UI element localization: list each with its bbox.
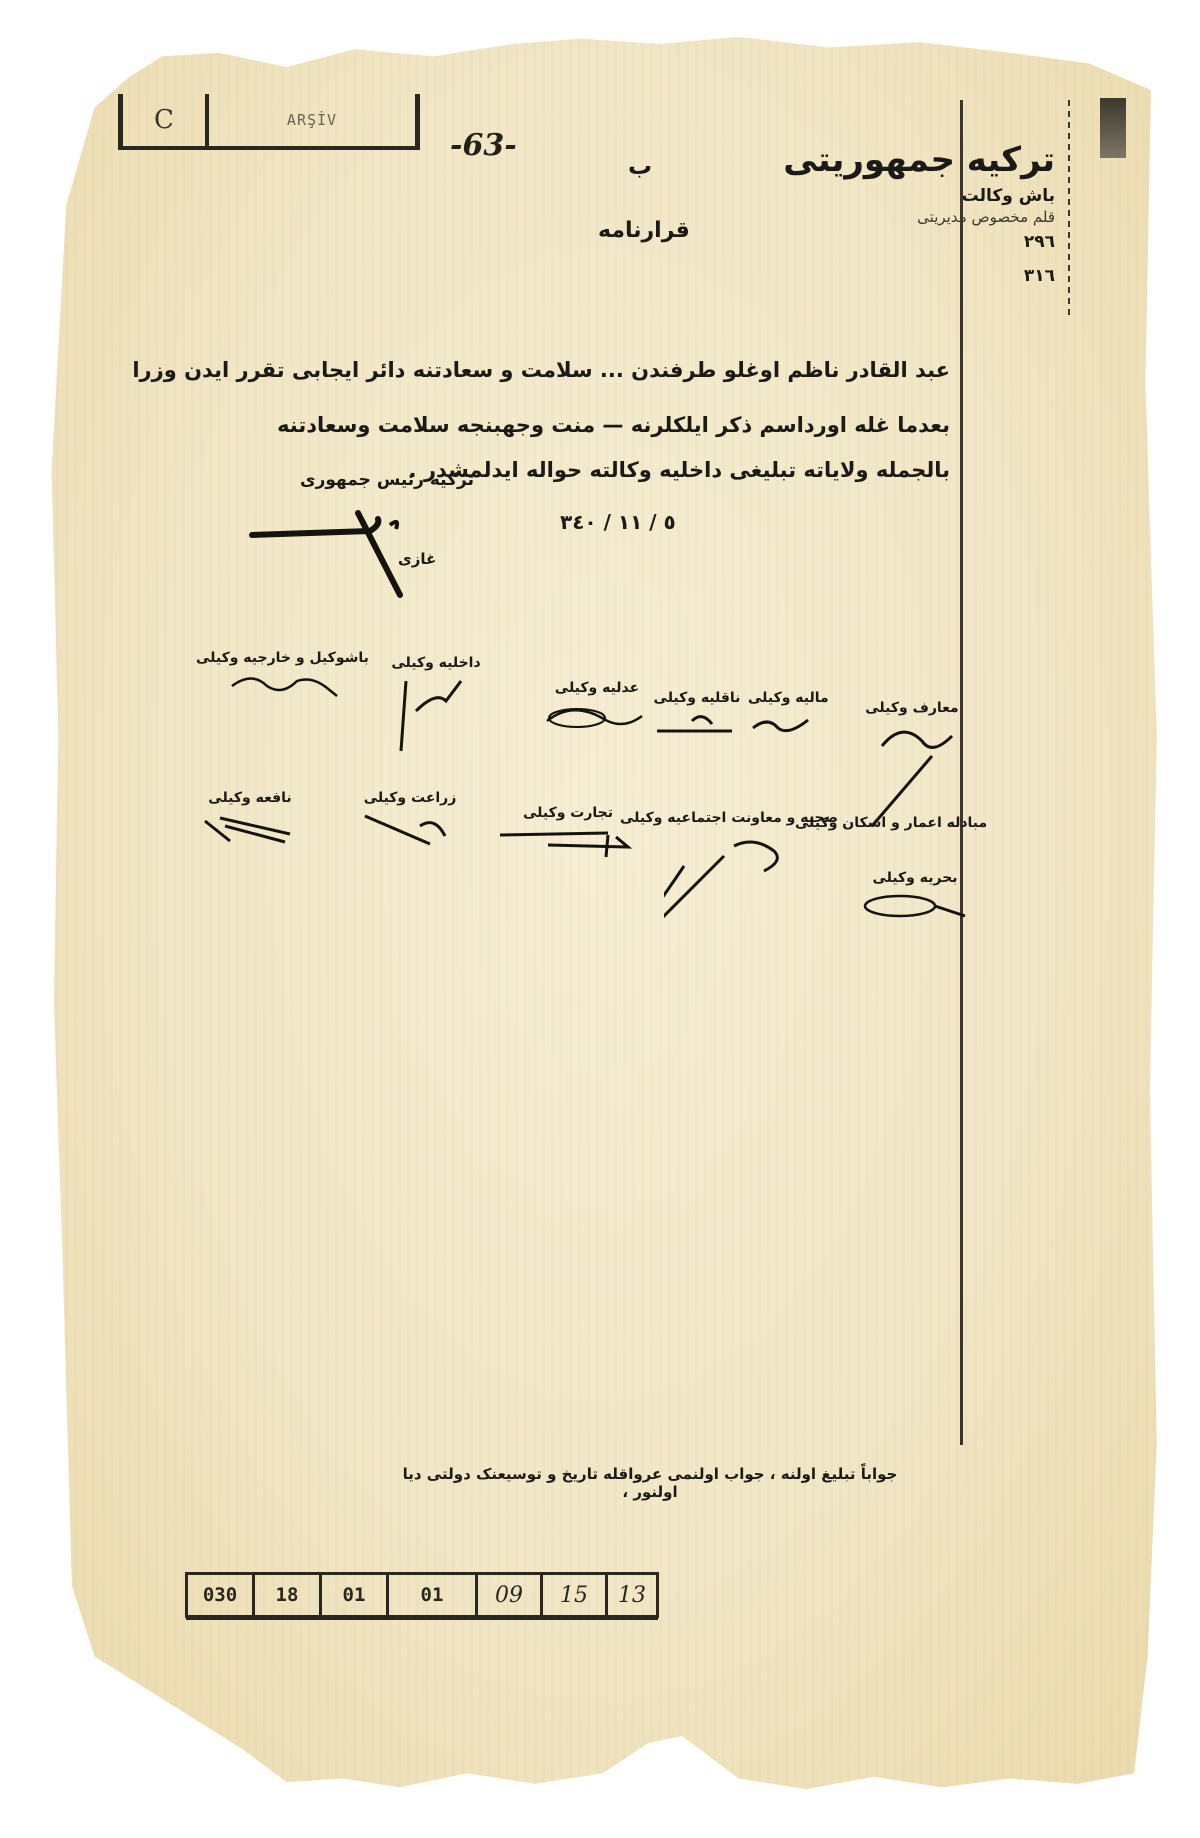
letterhead-number: ٢٩٦ bbox=[783, 232, 1055, 252]
minister-role: زراعت وکیلی bbox=[360, 790, 460, 806]
minister-role: ناقلیه وکیلی bbox=[652, 690, 742, 706]
archive-code-cell: 15 bbox=[543, 1575, 608, 1615]
archive-stamp-label: ARŞİV bbox=[209, 111, 415, 129]
minister-role: داخلیه وکیلی bbox=[386, 655, 486, 671]
minister-role: نافعه وکیلی bbox=[200, 790, 300, 806]
minister-signature-block: صحیه و معاونت اجتماعیه وکیلی bbox=[620, 810, 838, 1000]
letterhead-department: قلم مخصوص مدیریتی bbox=[783, 208, 1055, 226]
archive-code-cell: 18 bbox=[255, 1575, 322, 1615]
minister-signature-block: بحریه وکیلی bbox=[860, 870, 970, 930]
document-paper bbox=[38, 28, 1168, 1798]
minister-role: مبادله اعمار و اسکان وکیلی bbox=[795, 815, 987, 831]
archive-code-cell: 13 bbox=[608, 1575, 656, 1615]
letterhead-state: ترکیه جمهوریتی bbox=[783, 140, 1055, 180]
footnote: جواباً تبلیغ اولنه ، جواب اولنمی عرواقله… bbox=[380, 1465, 920, 1501]
minister-role: تجارت وکیلی bbox=[498, 805, 638, 821]
number-mark: ب bbox=[628, 152, 652, 180]
document-type: قرارنامه bbox=[598, 218, 690, 243]
archive-code-cell: 01 bbox=[389, 1575, 478, 1615]
body-line-1: عبد القادر ناظم اوغلو طرفندن ... سلامت و… bbox=[130, 355, 950, 387]
president-title: ترکیه رئیس جمهوری bbox=[300, 470, 474, 490]
minister-signature-block: مبادله اعمار و اسکان وکیلی bbox=[795, 815, 987, 831]
president-signature bbox=[250, 505, 450, 609]
minister-signature-block: باشوکیل و خارجیه وکیلی bbox=[196, 650, 369, 710]
body-line-3: بالجمله ولایاته تبلیغی داخلیه وکالته حوا… bbox=[130, 455, 950, 487]
margin-rule-dashed bbox=[1068, 100, 1070, 320]
archive-code-cell: 030 bbox=[188, 1575, 255, 1615]
minister-signature-block: نافعه وکیلی bbox=[200, 790, 300, 855]
minister-signature-block: ناقلیه وکیلی bbox=[652, 690, 742, 750]
minister-role: عدلیه وکیلی bbox=[542, 680, 652, 696]
page-number: -63- bbox=[450, 128, 517, 163]
minister-role: باشوکیل و خارجیه وکیلی bbox=[196, 650, 369, 666]
minister-signature-block: مالیه وکیلی bbox=[748, 690, 829, 750]
minister-signature-block: داخلیه وکیلی bbox=[386, 655, 486, 765]
letterhead: ترکیه جمهوریتی باش وکالت قلم مخصوص مدیری… bbox=[783, 140, 1055, 286]
minister-signature-block: زراعت وکیلی bbox=[360, 790, 460, 855]
letterhead-office: باش وکالت bbox=[783, 186, 1055, 206]
archive-reference-code: 030 18 01 01 09 15 13 bbox=[185, 1572, 659, 1618]
minister-role: بحریه وکیلی bbox=[860, 870, 970, 886]
letterhead-ref: ٣١٦ bbox=[783, 266, 1055, 286]
body-line-2: بعدما غله اورداسم ذکر ایلکلرنه — منت وجه… bbox=[130, 410, 950, 442]
decree-date: ٥ / ١١ / ٣٤٠ bbox=[560, 510, 676, 534]
archive-code-cell: 01 bbox=[322, 1575, 389, 1615]
minister-role: مالیه وکیلی bbox=[748, 690, 829, 706]
archive-stamp: C ARŞİV bbox=[118, 94, 420, 150]
archive-code-cell: 09 bbox=[478, 1575, 543, 1615]
minister-signature-block: تجارت وکیلی bbox=[498, 805, 638, 865]
edge-mark bbox=[1100, 98, 1126, 158]
archive-stamp-crescent: C bbox=[123, 94, 209, 146]
minister-role: معارف وکیلی bbox=[862, 700, 962, 716]
minister-signature-block: عدلیه وکیلی bbox=[542, 680, 652, 740]
